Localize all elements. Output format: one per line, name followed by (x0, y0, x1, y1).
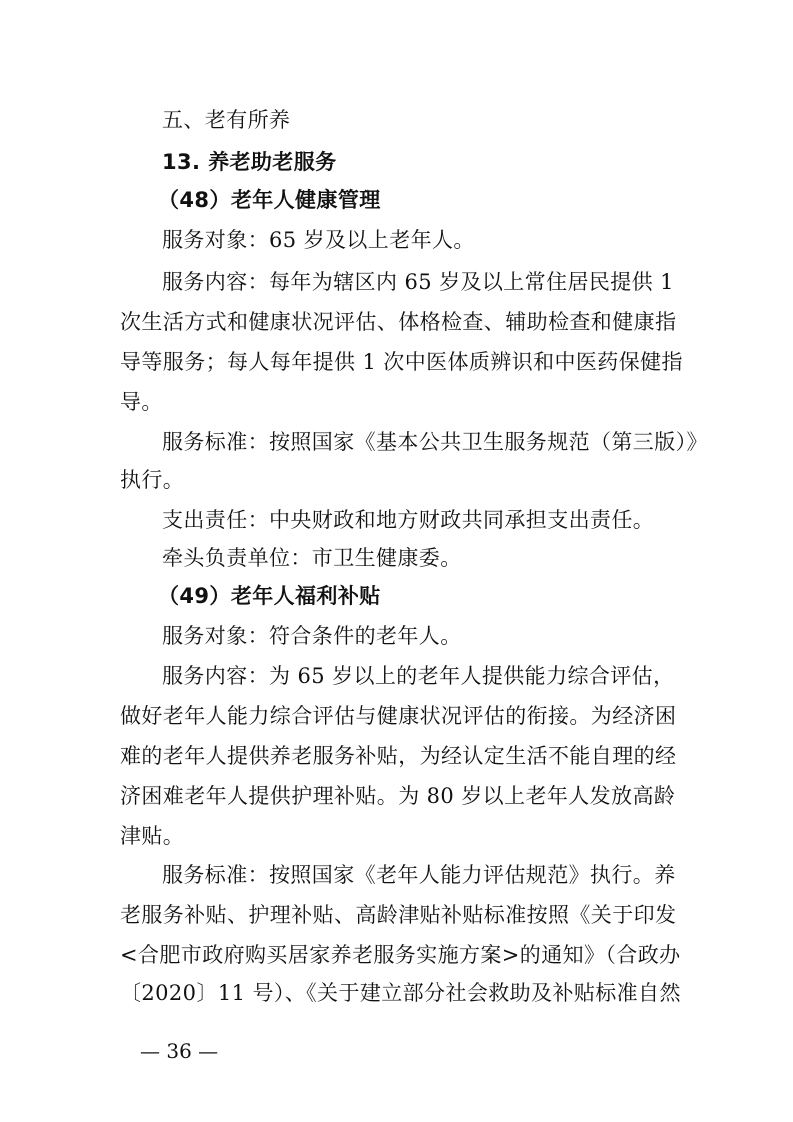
item-48-content-line: 服务内容：每年为辖区内 65 岁及以上常住居民提供 1 (162, 268, 673, 296)
page-number: — 36 — (140, 1037, 218, 1065)
item-49-standard-line: 〔2020〕11 号）、《关于建立部分社会救助及补贴标准自然 (120, 979, 673, 1007)
item-49-content-line: 济困难老年人提供护理补贴。为 80 岁以上老年人发放高龄 (120, 782, 673, 810)
item-49-target: 服务对象：符合条件的老年人。 (162, 622, 673, 650)
item-49-title: （49）老年人福利补贴 (158, 582, 669, 610)
item-48-standard-line: 执行。 (120, 466, 673, 494)
item-48-content-line: 导。 (120, 388, 673, 416)
item-48-standard-line: 服务标准：按照国家《基本公共卫生服务规范（第三版）》 (162, 428, 673, 456)
item-48-target: 服务对象：65 岁及以上老年人。 (162, 226, 673, 254)
item-49-content-line: 津贴。 (120, 822, 673, 850)
item-48-expenditure: 支出责任：中央财政和地方财政共同承担支出责任。 (162, 506, 673, 534)
item-49-content-line: 做好老年人能力综合评估与健康状况评估的衔接。为经济困 (120, 702, 673, 730)
item-49-content-line: 难的老年人提供养老服务补贴，为经认定生活不能自理的经 (120, 742, 673, 770)
section-heading: 五、老有所养 (162, 106, 673, 134)
item-48-title: （48）老年人健康管理 (158, 186, 669, 214)
item-49-content-line: 服务内容：为 65 岁以上的老年人提供能力综合评估， (162, 662, 673, 690)
item-48-content-line: 次生活方式和健康状况评估、体格检查、辅助检查和健康指 (120, 308, 673, 336)
document-page: 五、老有所养 13. 养老助老服务 （48）老年人健康管理 服务对象：65 岁及… (0, 0, 793, 1122)
item-49-standard-line: 老服务补贴、护理补贴、高龄津贴补贴标准按照《关于印发 (120, 901, 673, 929)
item-48-lead-unit: 牵头负责单位：市卫生健康委。 (162, 544, 673, 572)
subsection-heading: 13. 养老助老服务 (162, 148, 673, 176)
item-49-standard-line: 服务标准：按照国家《老年人能力评估规范》执行。养 (162, 861, 673, 889)
item-48-content-line: 导等服务；每人每年提供 1 次中医体质辨识和中医药保健指 (120, 348, 673, 376)
item-49-standard-line: <合肥市政府购买居家养老服务实施方案>的通知》（合政办 (120, 941, 673, 969)
